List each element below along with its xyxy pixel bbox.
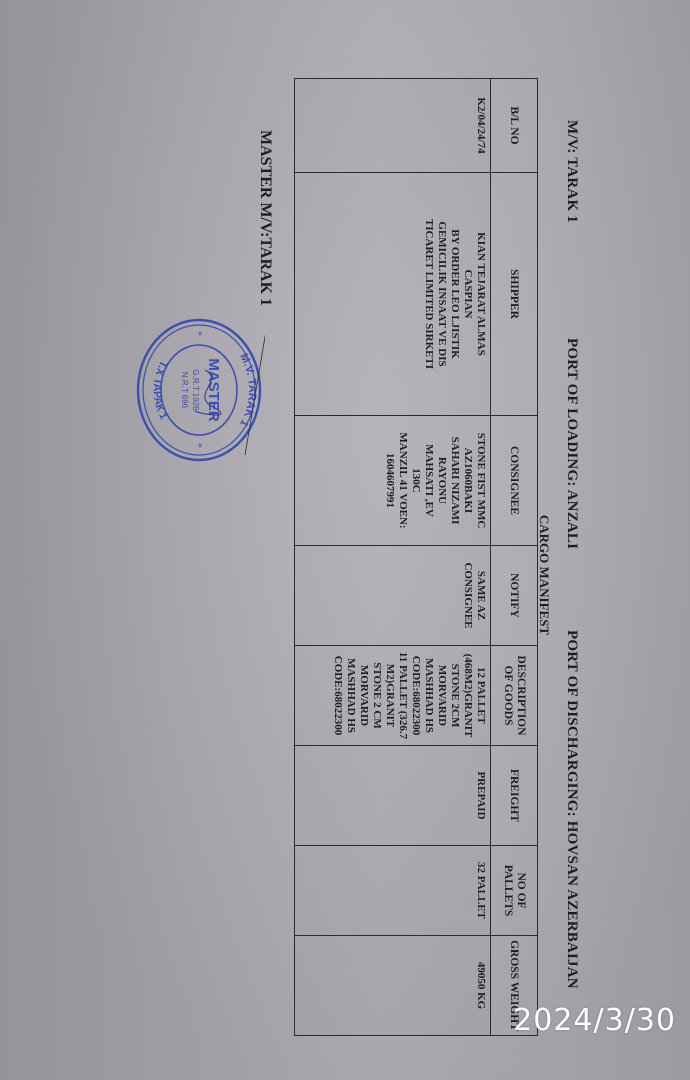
photo-timestamp: 2024/3/30	[513, 1003, 676, 1038]
header-description: DESCRIPTION OF GOODS	[491, 646, 538, 746]
cell-notify: SAME AZCONSIGNEE	[295, 546, 491, 646]
ship-stamp-icon: M.V. TARAK 1 Т.Х ТАРАК 1 * * MASTER G.R.…	[133, 315, 265, 465]
vessel-name: M/V: TARAK 1	[563, 120, 580, 223]
cell-text-line: M2)GRANIT	[383, 649, 396, 742]
cell-pallets: 32 PALLET	[295, 846, 491, 936]
cell-text-line: 1604607991	[383, 419, 396, 542]
cell-text-line: MAHSATI ,EV	[422, 419, 435, 542]
svg-text:MASTER: MASTER	[205, 358, 222, 422]
cell-text-line: CODE:68022300	[409, 649, 422, 742]
cell-text-line: TICARET LIMITED SIRKETI	[422, 176, 435, 412]
cell-description: 12 PALLET(468M2)GRANITSTONE 2CMMORVARIDM…	[295, 646, 491, 746]
cell-shipper: KIAN TEJARAT ALMASCASPIANBY ORDER LEO LJ…	[295, 173, 491, 416]
cell-text-line: CONSIGNEE	[461, 549, 474, 642]
cell-bl-no: K2/04/24/74	[295, 79, 491, 173]
cell-text-line: CASPIAN	[461, 176, 474, 412]
cell-text-line: STONE FIST MMC	[474, 419, 487, 542]
table-header-row: B/L NO SHIPPER CONSIGNEE NOTIFY DESCRIPT…	[491, 79, 538, 1036]
cell-text-line: KIAN TEJARAT ALMAS	[474, 176, 487, 412]
cell-text-line: MORVARID	[435, 649, 448, 742]
cell-text-line: 12 PALLET	[474, 649, 487, 742]
svg-text:Т.Х ТАРАК 1: Т.Х ТАРАК 1	[151, 358, 170, 421]
cell-gross-weight: 49050 KG	[295, 936, 491, 1036]
svg-text:*: *	[192, 443, 203, 448]
cell-text-line: CODE:68022300	[331, 649, 344, 742]
header-consignee: CONSIGNEE	[491, 416, 538, 546]
header-freight: FREIGHT	[491, 746, 538, 846]
cell-text-line: STONE 2 CM	[370, 649, 383, 742]
cell-text-line: SAHARI NIZAMI	[448, 419, 461, 542]
cell-text-line: RAYONU	[435, 419, 448, 542]
port-of-loading: PORT OF LOADING: ANZALI	[563, 338, 580, 549]
table-row: K2/04/24/74 KIAN TEJARAT ALMASCASPIANBY …	[295, 79, 491, 1036]
cell-text-line: STONE 2CM	[448, 649, 461, 742]
svg-text:*: *	[192, 331, 203, 336]
master-signature-line: MASTER M/V:TARAK 1	[256, 130, 274, 306]
port-of-discharging: PORT OF DISCHARGING: HOVSAN AZERBAIJAN	[563, 630, 580, 989]
cell-consignee: STONE FIST MMCAZ1060BAKISAHARI NIZAMIRAY…	[295, 416, 491, 546]
cell-text-line: 130C	[409, 419, 422, 542]
cargo-manifest-table: B/L NO SHIPPER CONSIGNEE NOTIFY DESCRIPT…	[294, 78, 538, 1036]
cell-text-line: MASHHAD HS	[422, 649, 435, 742]
cell-text-line: GEMICILIK INSAAT VE DIS	[435, 176, 448, 412]
header-pallets: NO OF PALLETS	[491, 846, 538, 936]
cell-text-line: BY ORDER LEO LJISTIK	[448, 176, 461, 412]
cell-text-line: MANZIL 41 VOEN:	[396, 419, 409, 542]
cell-text-line: 11 PALLET (326.7	[396, 649, 409, 742]
svg-text:G.R.T 1926: G.R.T 1926	[191, 369, 200, 411]
cell-text-line: SAME AZ	[474, 549, 487, 642]
header-shipper: SHIPPER	[491, 173, 538, 416]
manifest-title: CARGO MANIFEST	[536, 475, 552, 675]
cell-text-line: MORVARID	[357, 649, 370, 742]
cell-text-line: (468M2)GRANIT	[461, 649, 474, 742]
cell-text-line: MASHHAD HS	[344, 649, 357, 742]
cell-text-line: AZ1060BAKI	[461, 419, 474, 542]
cargo-manifest-document: M/V: TARAK 1 PORT OF LOADING: ANZALI POR…	[0, 0, 690, 1080]
header-notify: NOTIFY	[491, 546, 538, 646]
svg-text:N.R.T 696: N.R.T 696	[180, 372, 189, 409]
cell-freight: PREPAID	[295, 746, 491, 846]
header-bl-no: B/L NO	[491, 79, 538, 173]
